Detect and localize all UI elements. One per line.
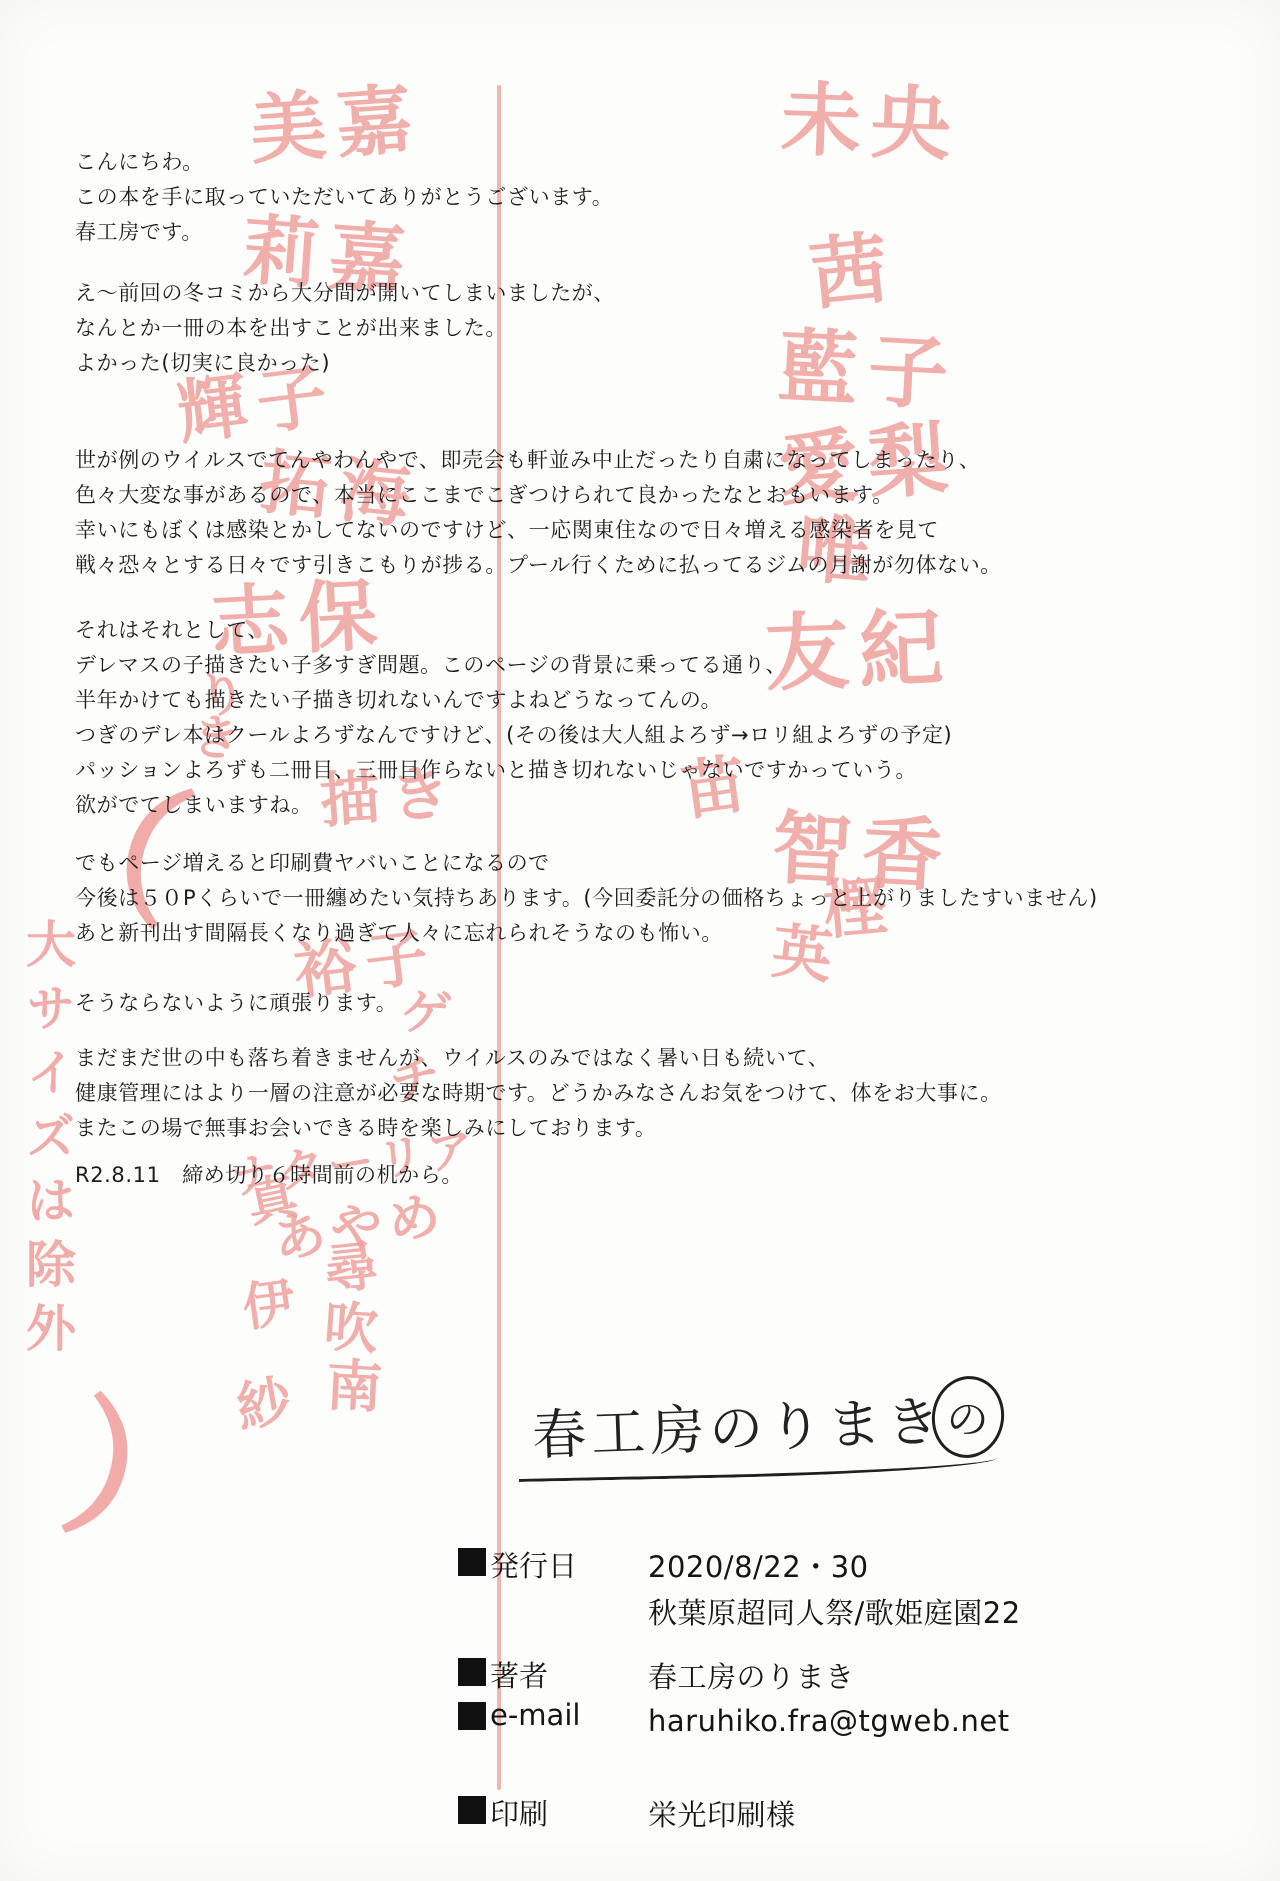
afterword-line: つぎのデレ本はクールよろずなんですけど、(その後は大人組よろず→ロリ組よろずの予… [75,718,1205,753]
colophon-row: 発行日2020/8/22・30秋葉原超同人祭/歌姫庭園22 [458,1544,1021,1636]
afterword-line: 健康管理にはより一層の注意が必要な時期です。どうかみなさんお気をつけて、体をお大… [75,1076,1205,1111]
afterword-line: それはそれとして、 [75,613,1205,648]
afterword-line: またこの場で無事お会いできる時を楽しみにしております。 [75,1111,1205,1146]
afterword-line: 欲がでてしまいますね。 [75,788,1205,823]
afterword-line: でもページ増えると印刷費ヤバいことになるので [75,846,1205,881]
afterword-line: え〜前回の冬コミから大分間が開いてしまいましたが、 [75,276,1205,311]
colophon-values: haruhiko.fra@tgweb.net [648,1698,1010,1744]
afterword-line: R2.8.11 締め切り６時間前の机から。 [75,1158,1205,1193]
afterword-line: パッションよろずも二冊目、三冊目作らないと描き切れないじゃないですかっていう。 [75,753,1205,788]
afterword-line: 色々大変な事があるので、本当にここまでこぎつけられて良かったなとおもいます。 [75,478,1205,513]
afterword-line: まだまだ世の中も落ち着きませんが、ウイルスのみではなく暑い日も続いて、 [75,1041,1205,1076]
afterword-paragraph: R2.8.11 締め切り６時間前の机から。 [75,1158,1205,1193]
signature-underline [517,1397,996,1482]
colophon-value: 秋葉原超同人祭/歌姫庭園22 [648,1590,1021,1636]
afterword-line: あと新刊出す間隔長くなり過ぎて人々に忘れられそうなのも怖い。 [75,916,1205,951]
afterword-paragraph: 世が例のウイルスでてんやわんやで、即売会も軒並み中止だったり自粛になってしまった… [75,443,1205,583]
colophon-value: 2020/8/22・30 [648,1544,1021,1590]
afterword-line: 戦々恐々とする日々です引きこもりが捗る。プール行くために払ってるジムの月謝が勿体… [75,548,1205,583]
colophon-value: 栄光印刷様 [648,1792,796,1838]
afterword-paragraph: え〜前回の冬コミから大分間が開いてしまいましたが、なんとか一冊の本を出すことが出… [75,276,1205,381]
afterword-paragraph: こんにちわ。この本を手に取っていただいてありがとうございます。春工房です。 [75,145,1205,250]
afterword-line: 幸いにもぼくは感染とかしてないのですけど、一応関東住なので日々増える感染者を見て [75,513,1205,548]
colophon-label: 著者 [490,1654,648,1695]
afterword-line: 今後は５０Pくらいで一冊纏めたい気持ちあります。(今回委託分の価格ちょっと上がり… [75,881,1205,916]
afterword-line: この本を手に取っていただいてありがとうございます。 [75,180,1205,215]
afterword-paragraph: そうならないように頑張ります。 [75,986,1205,1021]
colophon-row: e-mailharuhiko.fra@tgweb.net [458,1698,1010,1744]
black-square-bullet-icon [458,1796,486,1824]
afterword-line: 世が例のウイルスでてんやわんやで、即売会も軒並み中止だったり自粛になってしまった… [75,443,1205,478]
black-square-bullet-icon [458,1702,486,1730]
afterword-line: そうならないように頑張ります。 [75,986,1205,1021]
afterword-paragraph: でもページ増えると印刷費ヤバいことになるので今後は５０Pくらいで一冊纏めたい気持… [75,846,1205,951]
doujinshi-afterword-page: （ 大サイズは除外 ） 美嘉莉嘉輝子拓海志保りき描き未央茜藍子愛梨唯友紀苗智香樫… [0,0,1280,1881]
afterword-paragraph: それはそれとして、デレマスの子描きたい子多すぎ問題。このページの背景に乗ってる通… [75,613,1205,823]
afterword-text-layer: こんにちわ。この本を手に取っていただいてありがとうございます。春工房です。え〜前… [0,0,1280,1881]
black-square-bullet-icon [458,1548,486,1576]
colophon-values: 栄光印刷様 [648,1792,796,1838]
colophon-values: 春工房のりまき [648,1654,855,1700]
colophon-label: 発行日 [490,1544,648,1585]
afterword-line: なんとか一冊の本を出すことが出来ました。 [75,311,1205,346]
colophon-row: 著者春工房のりまき [458,1654,855,1700]
afterword-line: 半年かけても描きたい子描き切れないんですよねどうなってんの。 [75,683,1205,718]
afterword-line: 春工房です。 [75,215,1205,250]
colophon-values: 2020/8/22・30秋葉原超同人祭/歌姫庭園22 [648,1544,1021,1636]
colophon-row: 印刷栄光印刷様 [458,1792,796,1838]
afterword-line: よかった(切実に良かった) [75,346,1205,381]
black-square-bullet-icon [458,1658,486,1686]
afterword-paragraph: まだまだ世の中も落ち着きませんが、ウイルスのみではなく暑い日も続いて、健康管理に… [75,1041,1205,1146]
colophon-value: 春工房のりまき [648,1654,855,1700]
colophon-label: e-mail [490,1698,648,1732]
afterword-line: デレマスの子描きたい子多すぎ問題。このページの背景に乗ってる通り、 [75,648,1205,683]
afterword-line: こんにちわ。 [75,145,1205,180]
colophon-label: 印刷 [490,1792,648,1833]
colophon-value: haruhiko.fra@tgweb.net [648,1698,1010,1744]
